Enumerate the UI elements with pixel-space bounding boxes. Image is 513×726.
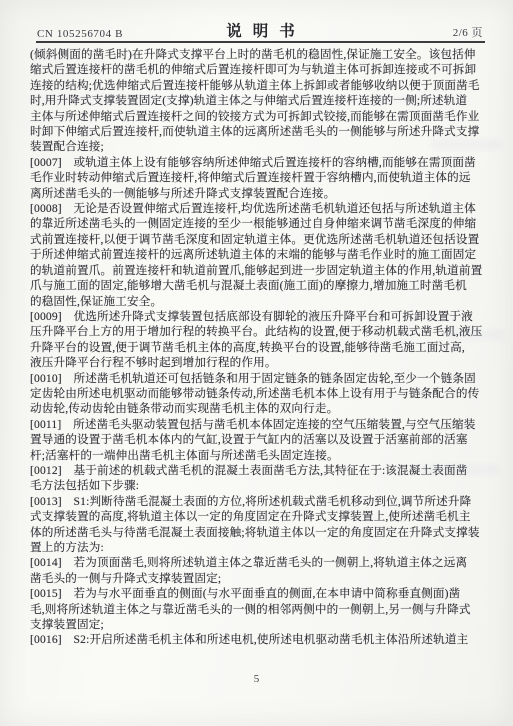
text-line: 毛,则将所述轨道主体之与靠近凿毛头的一侧的相邻两侧中的一侧朝上,另一侧与升降式 bbox=[30, 602, 489, 617]
text-line: 爪与施工面的固定,能够增大凿毛机与混凝土表面(施工面)的摩擦力,增加施工时凿毛机 bbox=[30, 278, 489, 293]
text-line: 毛方法包括如下步骤: bbox=[30, 478, 489, 493]
text-line: 毛作业时转动伸缩式后置连接杆,将伸缩式后置连接杆置于容纳槽内,而使轨道主体的远 bbox=[30, 170, 489, 185]
text-line: [0014] 若为顶面凿毛,则将所述轨道主体之靠近凿毛头的一侧朝上,将轨道主体之… bbox=[30, 555, 489, 570]
text-line: (倾斜侧面的凿毛时)在升降式支撑平台上时的凿毛机的稳固性,保证施工安全。该包括伸 bbox=[30, 47, 489, 62]
text-line: 式支撑装置的高度,将轨道主体以一定的角度固定在升降式支撑装置上,使所述凿毛机主 bbox=[30, 509, 489, 524]
text-line: 时,用升降式支撑装置固定(支撑)轨道主体之与伸缩式后置连接杆连接的一侧;所述轨道 bbox=[30, 93, 489, 108]
text-line: 的靠近所述凿毛头的一侧固定连接的至少一根能够通过自身伸缩来调节凿毛深度的伸缩 bbox=[30, 216, 489, 231]
page-number: 5 bbox=[254, 673, 260, 685]
text-line: 升降平台的设置,便于调节凿毛机主体的高度,转换平台的设置,能够待凿毛施工面过高, bbox=[30, 340, 489, 355]
text-line: 定齿轮由所述电机驱动而能够带动链条传动,所述凿毛机本体上设有用于与链条配合的传 bbox=[30, 386, 489, 401]
text-line: 体的所述凿毛头与待凿毛混凝土表面接触;将轨道主体以一定的角度固定在升降式支撑装 bbox=[30, 525, 489, 540]
text-line: 缩式后置连接杆的凿毛机的伸缩式后置连接杆即可为与轨道主体可拆卸连接或不可拆卸 bbox=[30, 62, 489, 77]
text-line: 置导通的设置于凿毛机本体内的气缸,设置于气缸内的活塞以及设置于活塞前部的活塞 bbox=[30, 432, 489, 447]
text-line: [0013] S1:判断待凿毛混凝土表面的方位,将所述机载式凿毛机移动到位,调节… bbox=[30, 494, 489, 509]
patent-number: CN 105256704 B bbox=[37, 28, 123, 40]
text-line: 凿毛头的一侧与升降式支撑装置固定; bbox=[30, 571, 489, 586]
text-line: [0007] 或轨道主体上设有能够容纳所述伸缩式后置连接杆的容纳槽,而能够在需顶… bbox=[30, 155, 489, 170]
text-line: 置上的方法为: bbox=[30, 540, 489, 555]
text-line: 压升降平台上方的用于增加行程的转换平台。此结构的设置,便于移动机载式凿毛机,液压 bbox=[30, 324, 489, 339]
text-line: 支撑装置固定; bbox=[30, 617, 489, 632]
document-title: 说明书 bbox=[215, 19, 306, 41]
text-line: 装置配合连接; bbox=[30, 139, 489, 154]
text-line: 式前置连接杆,以便于调节凿毛深度和固定轨道主体。更优选所述凿毛机轨道还包括设置 bbox=[30, 232, 489, 247]
text-line: 杆;活塞杆的一端伸出凿毛机主体面与所述凿毛头固定连接。 bbox=[30, 448, 489, 463]
patent-specification-page: CN 105256704 B 说明书 2/6 页 (倾斜侧面的凿毛时)在升降式支… bbox=[0, 0, 513, 726]
text-line: [0016] S2:开启所述凿毛机主体和所述电机,使所述电机驱动凿毛机主体沿所述… bbox=[30, 632, 489, 647]
page-footer: 5 bbox=[0, 669, 513, 687]
text-line: [0012] 基于前述的机载式凿毛机的混凝土表面凿毛方法,其特征在于:该混凝土表… bbox=[30, 463, 489, 478]
text-line: 动齿轮,传动齿轮由链条带动而实现凿毛机主体的双向行走。 bbox=[30, 401, 489, 416]
text-line: [0015] 若为与水平面垂直的侧面(与水平面垂直的侧面,在本申请中简称垂直侧面… bbox=[30, 586, 489, 601]
page-header: CN 105256704 B 说明书 2/6 页 bbox=[37, 22, 484, 42]
text-line: [0010] 所述凿毛机轨道还可包括链条和用于固定链条的链条固定齿轮,至少一个链… bbox=[30, 371, 489, 386]
text-line: 连接的结构;优选伸缩式后置连接杆能够从轨道主体上拆卸或者能够收纳以便于顶面凿毛 bbox=[30, 78, 489, 93]
header-rule bbox=[36, 41, 485, 43]
page-indicator: 2/6 页 bbox=[453, 24, 483, 40]
specification-text: (倾斜侧面的凿毛时)在升降式支撑平台上时的凿毛机的稳固性,保证施工安全。该包括伸… bbox=[30, 47, 489, 648]
text-line: 于所述伸缩式前置连接杆的远离所述轨道主体的末端的能够与凿毛作业时的施工面固定 bbox=[30, 247, 489, 262]
text-line: 的轨道前置爪。前置连接杆和轨道前置爪,能够起到进一步固定轨道主体的作用,轨道前置 bbox=[30, 263, 489, 278]
text-line: [0009] 优选所述升降式支撑装置包括底部设有脚轮的液压升降平台和可拆卸设置于… bbox=[30, 309, 489, 324]
text-line: [0008] 无论是否设置伸缩式后置连接杆,均优选所述凿毛机轨道还包括与所述轨道… bbox=[30, 201, 489, 216]
text-line: 离所述凿毛头的一侧能够与所述升降式支撑装置配合连接。 bbox=[30, 186, 489, 201]
text-line: [0011] 所述凿毛头驱动装置包括与凿毛机本体固定连接的空气压缩装置,与空气压… bbox=[30, 417, 489, 432]
text-line: 主体与所述伸缩式后置连接杆之间的铰接方式为可拆卸式铰接,而能够在需顶面凿毛作业 bbox=[30, 109, 489, 124]
text-line: 的稳固性,保证施工安全。 bbox=[30, 294, 489, 309]
text-line: 时卸下伸缩式后置连接杆,而使轨道主体的远离所述凿毛头的一侧能够与所述升降式支撑 bbox=[30, 124, 489, 139]
text-line: 液压升降平台行程不够时起到增加行程的作用。 bbox=[30, 355, 489, 370]
